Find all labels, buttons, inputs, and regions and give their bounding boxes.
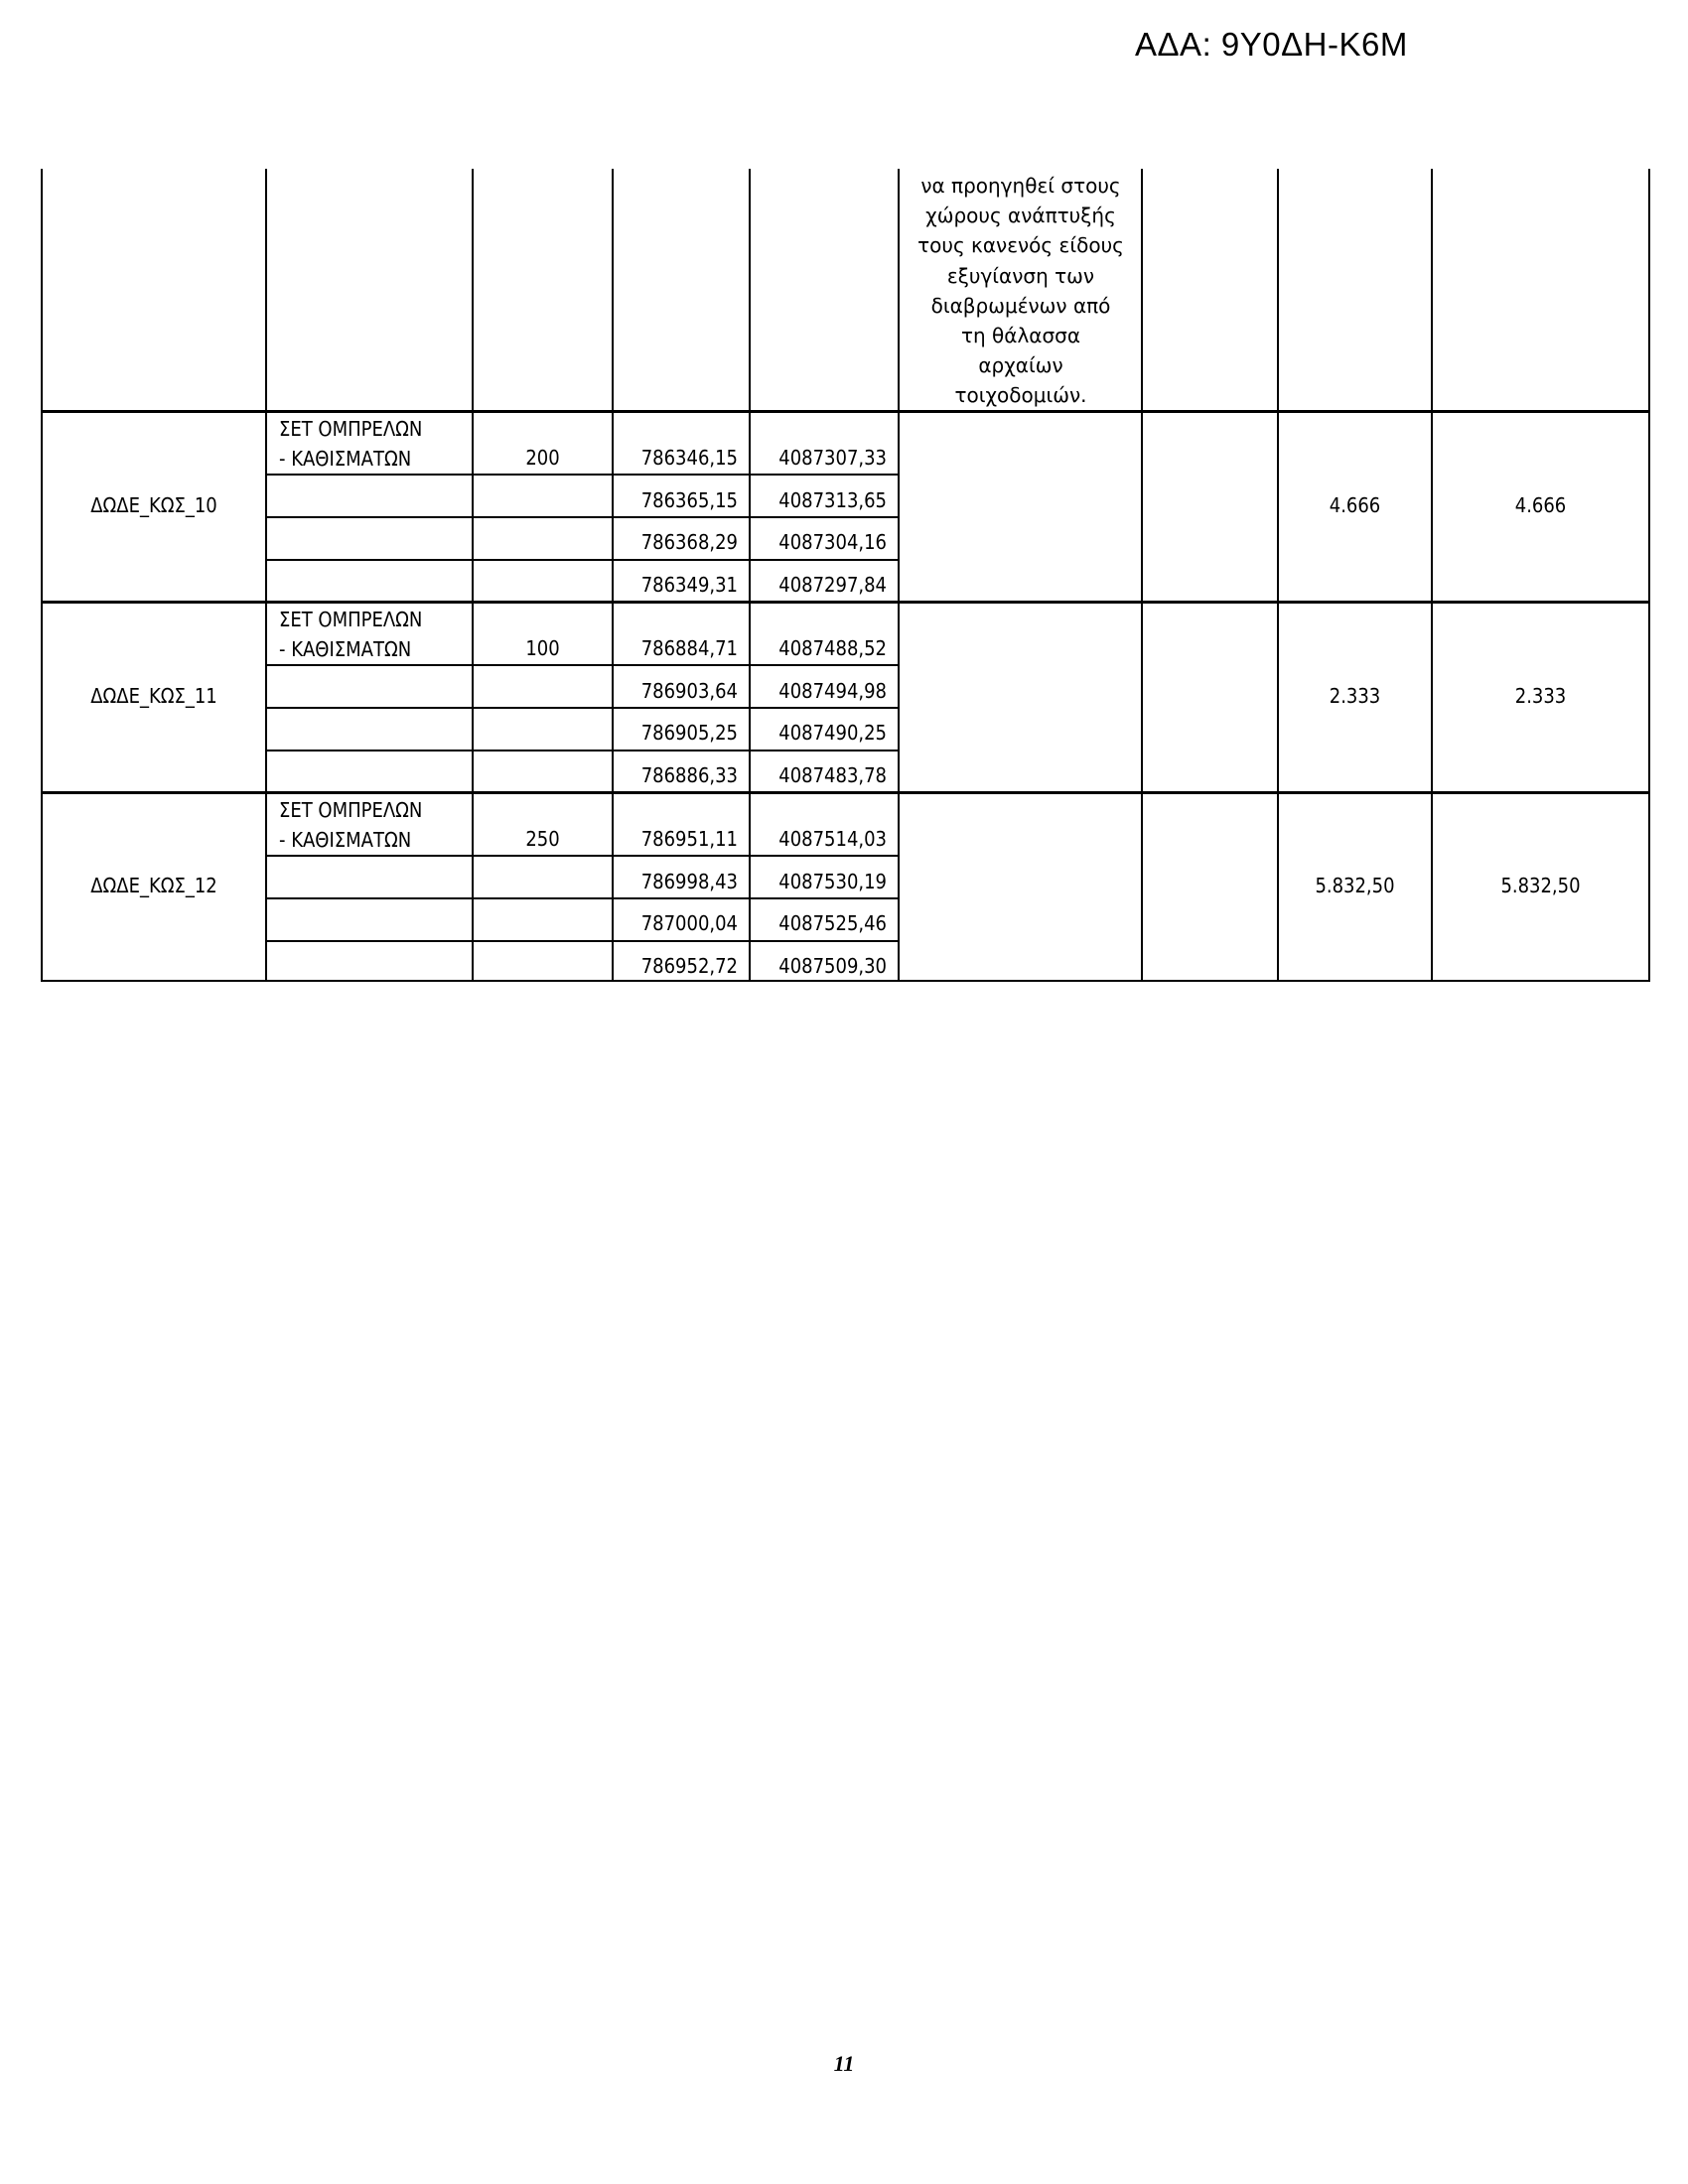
fee-value: 4.666 bbox=[1278, 411, 1432, 602]
table-rule bbox=[472, 169, 474, 982]
note-line: τοιχοδομιών. bbox=[902, 380, 1140, 410]
note-line: χώρους ανάπτυξής bbox=[902, 201, 1140, 230]
parcels-table: ΔΩΔΕ_ΚΩΣ_10ΣΕΤ ΟΜΠΡΕΛΩΝ- ΚΑΘΙΣΜΑΤΩΝ20078… bbox=[0, 0, 1688, 1092]
note-line: τους κανενός είδους bbox=[902, 230, 1140, 260]
use-type-line: ΣΕΤ ΟΜΠΡΕΛΩΝ bbox=[279, 414, 422, 444]
use-type: ΣΕΤ ΟΜΠΡΕΛΩΝ- ΚΑΘΙΣΜΑΤΩΝ bbox=[279, 795, 422, 855]
table-rule bbox=[898, 169, 900, 982]
coord-y: 4087297,84 bbox=[750, 559, 887, 602]
area-value: 100 bbox=[473, 602, 613, 665]
coord-y: 4087490,25 bbox=[750, 708, 887, 750]
coord-x: 786349,31 bbox=[613, 559, 738, 602]
parcel-code: ΔΩΔΕ_ΚΩΣ_10 bbox=[42, 411, 266, 602]
total-value: 5.832,50 bbox=[1432, 792, 1649, 981]
coord-y: 4087530,19 bbox=[750, 856, 887, 898]
coord-x: 786346,15 bbox=[613, 411, 738, 475]
coord-y: 4087307,33 bbox=[750, 411, 887, 475]
coord-x: 786952,72 bbox=[613, 940, 738, 983]
coord-x: 786905,25 bbox=[613, 708, 738, 750]
coord-x: 786998,43 bbox=[613, 856, 738, 898]
coord-y: 4087494,98 bbox=[750, 665, 887, 708]
total-value: 2.333 bbox=[1432, 602, 1649, 792]
use-type-line: - ΚΑΘΙΣΜΑΤΩΝ bbox=[279, 825, 422, 855]
coord-y: 4087525,46 bbox=[750, 898, 887, 940]
note-line: διαβρωμένων από bbox=[902, 291, 1140, 321]
coord-y: 4087509,30 bbox=[750, 940, 887, 983]
note-line: εξυγίανση των bbox=[902, 261, 1140, 291]
coord-x: 786365,15 bbox=[613, 475, 738, 517]
coord-y: 4087304,16 bbox=[750, 517, 887, 559]
coord-x: 786884,71 bbox=[613, 602, 738, 665]
area-value: 200 bbox=[473, 411, 613, 475]
area-value: 250 bbox=[473, 792, 613, 856]
use-type-line: ΣΕΤ ΟΜΠΡΕΛΩΝ bbox=[279, 605, 422, 634]
page-number: 11 bbox=[0, 2051, 1688, 2077]
fee-value: 5.832,50 bbox=[1278, 792, 1432, 981]
coord-x: 787000,04 bbox=[613, 898, 738, 940]
coord-y: 4087514,03 bbox=[750, 792, 887, 856]
use-type-line: ΣΕΤ ΟΜΠΡΕΛΩΝ bbox=[279, 795, 422, 825]
use-type: ΣΕΤ ΟΜΠΡΕΛΩΝ- ΚΑΘΙΣΜΑΤΩΝ bbox=[279, 605, 422, 664]
note-line: τη θάλασσα bbox=[902, 321, 1140, 350]
parcel-code: ΔΩΔΕ_ΚΩΣ_11 bbox=[42, 602, 266, 792]
table-rule bbox=[1141, 169, 1143, 982]
coord-y: 4087483,78 bbox=[750, 750, 887, 792]
total-value: 4.666 bbox=[1432, 411, 1649, 602]
coord-y: 4087488,52 bbox=[750, 602, 887, 665]
coord-x: 786368,29 bbox=[613, 517, 738, 559]
use-type-line: - ΚΑΘΙΣΜΑΤΩΝ bbox=[279, 634, 422, 664]
parcel-code: ΔΩΔΕ_ΚΩΣ_12 bbox=[42, 792, 266, 981]
coord-x: 786886,33 bbox=[613, 750, 738, 792]
coord-x: 786903,64 bbox=[613, 665, 738, 708]
note-line: να προηγηθεί στους bbox=[902, 171, 1140, 201]
use-type-line: - ΚΑΘΙΣΜΑΤΩΝ bbox=[279, 444, 422, 474]
use-type: ΣΕΤ ΟΜΠΡΕΛΩΝ- ΚΑΘΙΣΜΑΤΩΝ bbox=[279, 414, 422, 474]
page-number-text: 11 bbox=[834, 2051, 855, 2077]
fee-value: 2.333 bbox=[1278, 602, 1432, 792]
coord-y: 4087313,65 bbox=[750, 475, 887, 517]
continuation-note-cell: να προηγηθεί στουςχώρους ανάπτυξήςτους κ… bbox=[902, 171, 1140, 411]
coord-x: 786951,11 bbox=[613, 792, 738, 856]
note-line: αρχαίων bbox=[902, 350, 1140, 380]
